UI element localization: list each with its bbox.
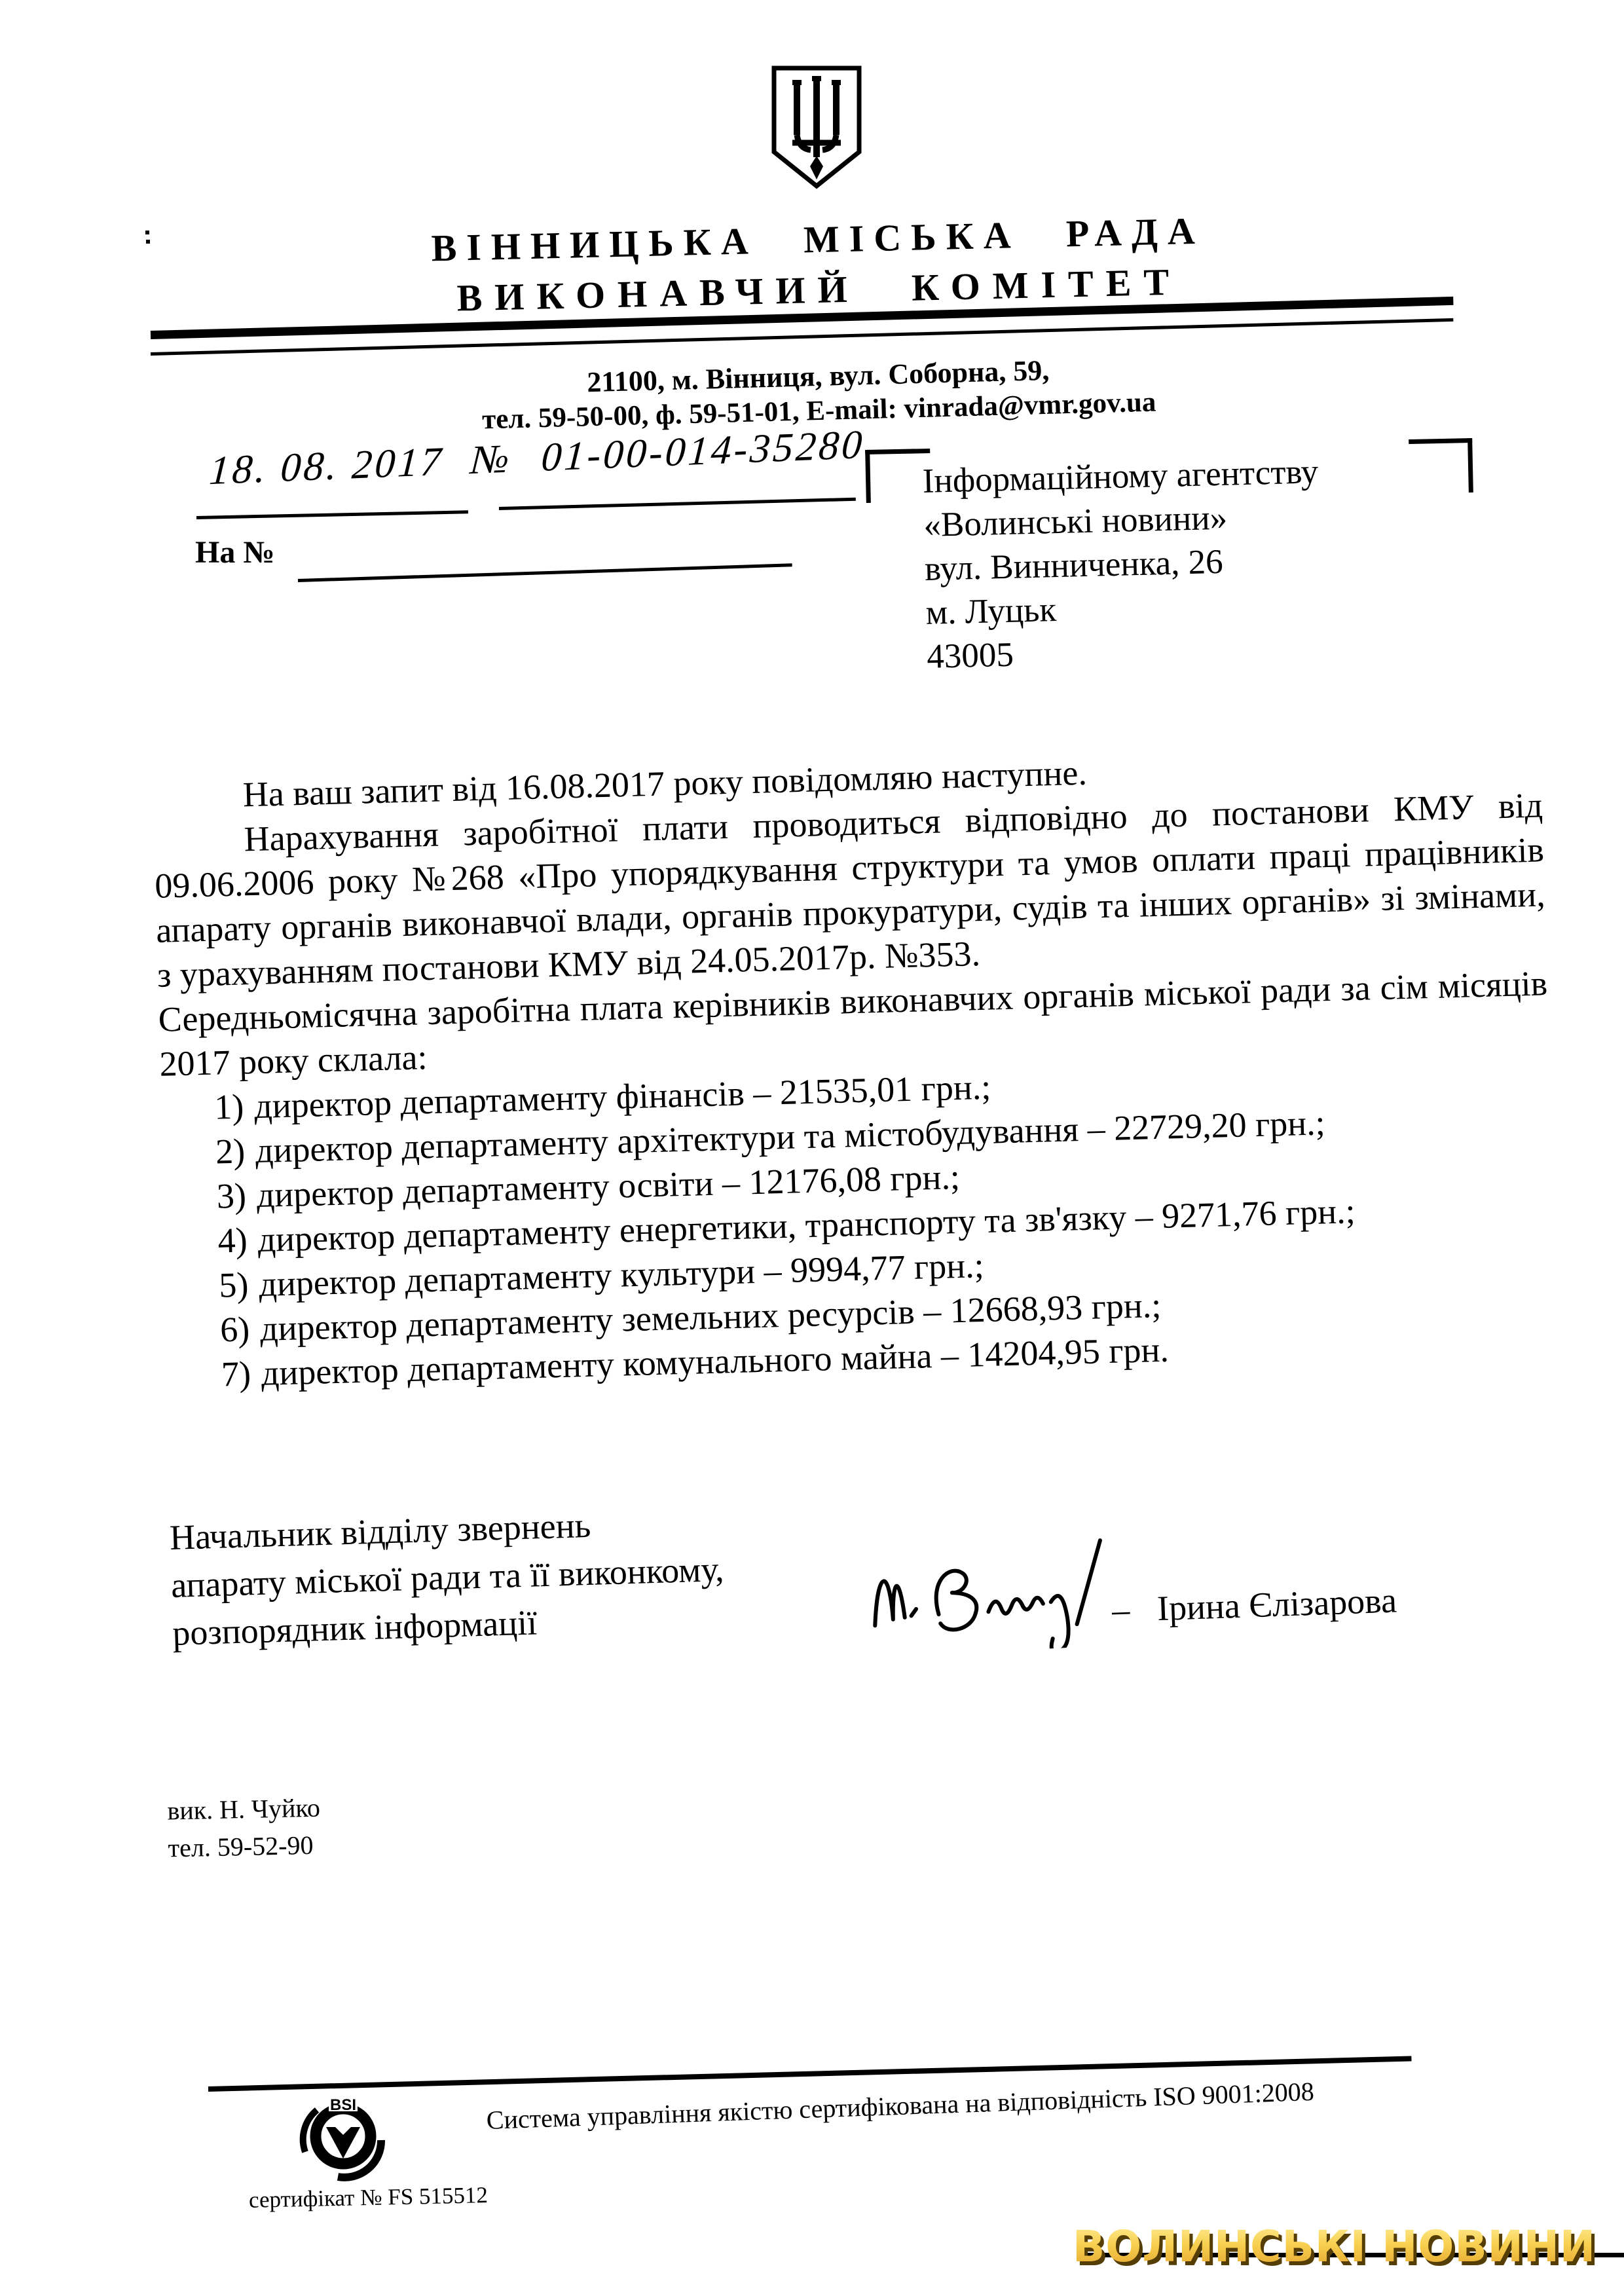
watermark-text: ВОЛИНСЬКІ НОВИНИ	[1073, 2221, 1596, 2272]
signer-position-block: Начальник відділу звернень апарату міськ…	[169, 1498, 726, 1657]
bsi-certification-logo-icon: BSI	[295, 2090, 394, 2182]
letter-body: На ваш запит від 16.08.2017 року повідом…	[152, 738, 1557, 1398]
executor-block: вик. Н. Чуйко тел. 59-52-90	[167, 1789, 322, 1867]
list-item-number: 6)	[219, 1309, 250, 1349]
list-item-number: 2)	[215, 1131, 246, 1171]
list-item-number: 4)	[217, 1220, 248, 1260]
executor-name: вик. Н. Чуйко	[167, 1789, 321, 1830]
signer-name-row: –Ірина Єлізарова	[1111, 1580, 1397, 1630]
list-item-number: 7)	[221, 1354, 251, 1394]
iso-certification-text: Система управління якістю сертифікована …	[486, 2076, 1315, 2136]
list-item-number: 3)	[216, 1176, 247, 1215]
incoming-reference-blank	[298, 563, 792, 582]
list-item-number: 5)	[219, 1265, 249, 1305]
bsi-label: BSI	[330, 2096, 356, 2114]
trident-emblem-icon	[767, 63, 866, 191]
executor-phone: тел. 59-52-90	[168, 1826, 322, 1867]
handwritten-signature-icon	[857, 1529, 1151, 1659]
scan-artifact	[145, 231, 149, 234]
scan-artifact	[146, 240, 150, 244]
list-item-number: 1)	[214, 1087, 245, 1127]
reference-underline-left	[196, 510, 468, 519]
handwritten-date: 18. 08. 2017	[208, 439, 445, 494]
recipient-block: Інформаційному агентству «Волинські нови…	[922, 447, 1438, 679]
corner-mark-left	[865, 449, 931, 503]
reference-underline-right	[499, 498, 856, 510]
number-sign: №	[470, 436, 513, 483]
signer-name: Ірина Єлізарова	[1156, 1580, 1397, 1628]
certificate-number-text: сертифікат № FS 515512	[249, 2182, 489, 2213]
paragraph-legal-basis: Нарахування заробітної плати проводиться…	[153, 783, 1547, 997]
signature-dash: –	[1111, 1590, 1130, 1630]
incoming-reference-label: На №	[195, 534, 275, 570]
